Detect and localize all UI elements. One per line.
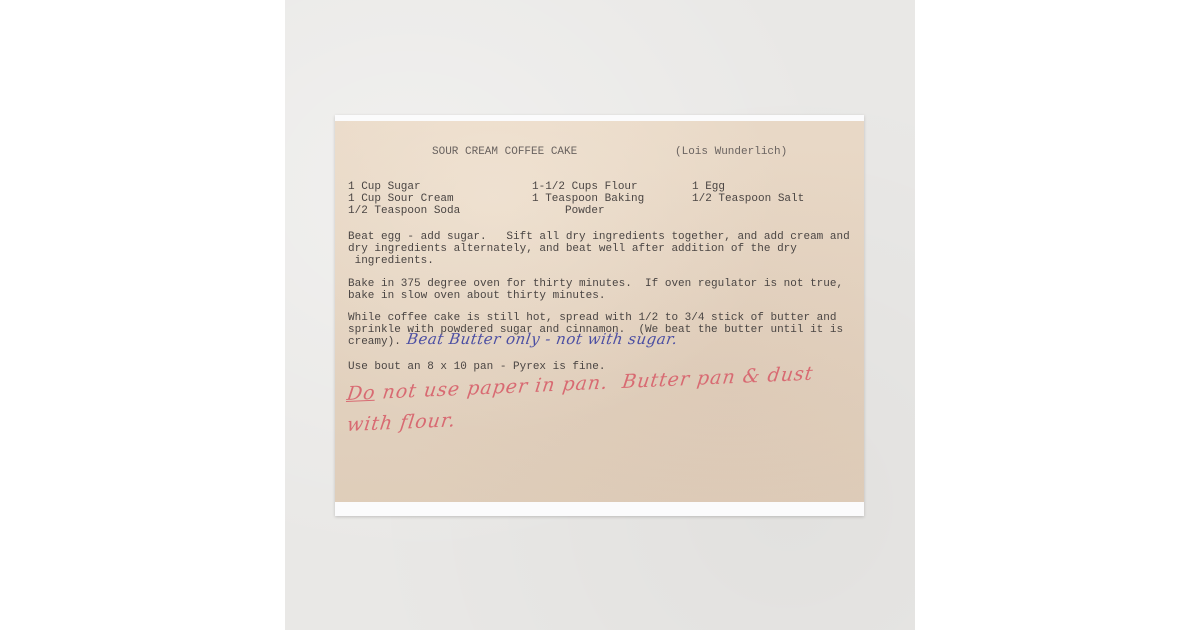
ingredient-item: 1/2 Teaspoon Soda (348, 205, 460, 217)
ingredient-item: 1 Cup Sour Cream (348, 193, 454, 205)
instruction-line: ingredients. (348, 255, 434, 267)
ingredient-item: Powder (532, 205, 605, 217)
ingredient-item: 1 Teaspoon Baking (532, 193, 644, 205)
ingredient-item: 1 Egg (692, 181, 725, 193)
ingredient-item: 1 Cup Sugar (348, 181, 421, 193)
recipe-title: SOUR CREAM COFFEE CAKE (432, 146, 577, 158)
instruction-line: creamy). (348, 336, 401, 348)
instruction-line: dry ingredients alternately, and beat we… (348, 243, 797, 255)
recipe-card: SOUR CREAM COFFEE CAKE (Lois Wunderlich)… (335, 121, 864, 502)
instruction-line: Use bout an 8 x 10 pan - Pyrex is fine. (348, 361, 605, 373)
handwritten-note-red-line2: with flour. (346, 409, 458, 436)
handwritten-note-red-emphasis: Do (346, 382, 378, 405)
ingredient-item: 1/2 Teaspoon Salt (692, 193, 804, 205)
ingredient-item: 1-1/2 Cups Flour (532, 181, 638, 193)
handwritten-note-blue: Beat Butter only - not with sugar. (406, 330, 679, 348)
instruction-line: bake in slow oven about thirty minutes. (348, 290, 605, 302)
recipe-author: (Lois Wunderlich) (675, 146, 787, 158)
instruction-line: Beat egg - add sugar. Sift all dry ingre… (348, 231, 850, 243)
instruction-line: Bake in 375 degree oven for thirty minut… (348, 278, 843, 290)
instruction-line: While coffee cake is still hot, spread w… (348, 312, 836, 324)
